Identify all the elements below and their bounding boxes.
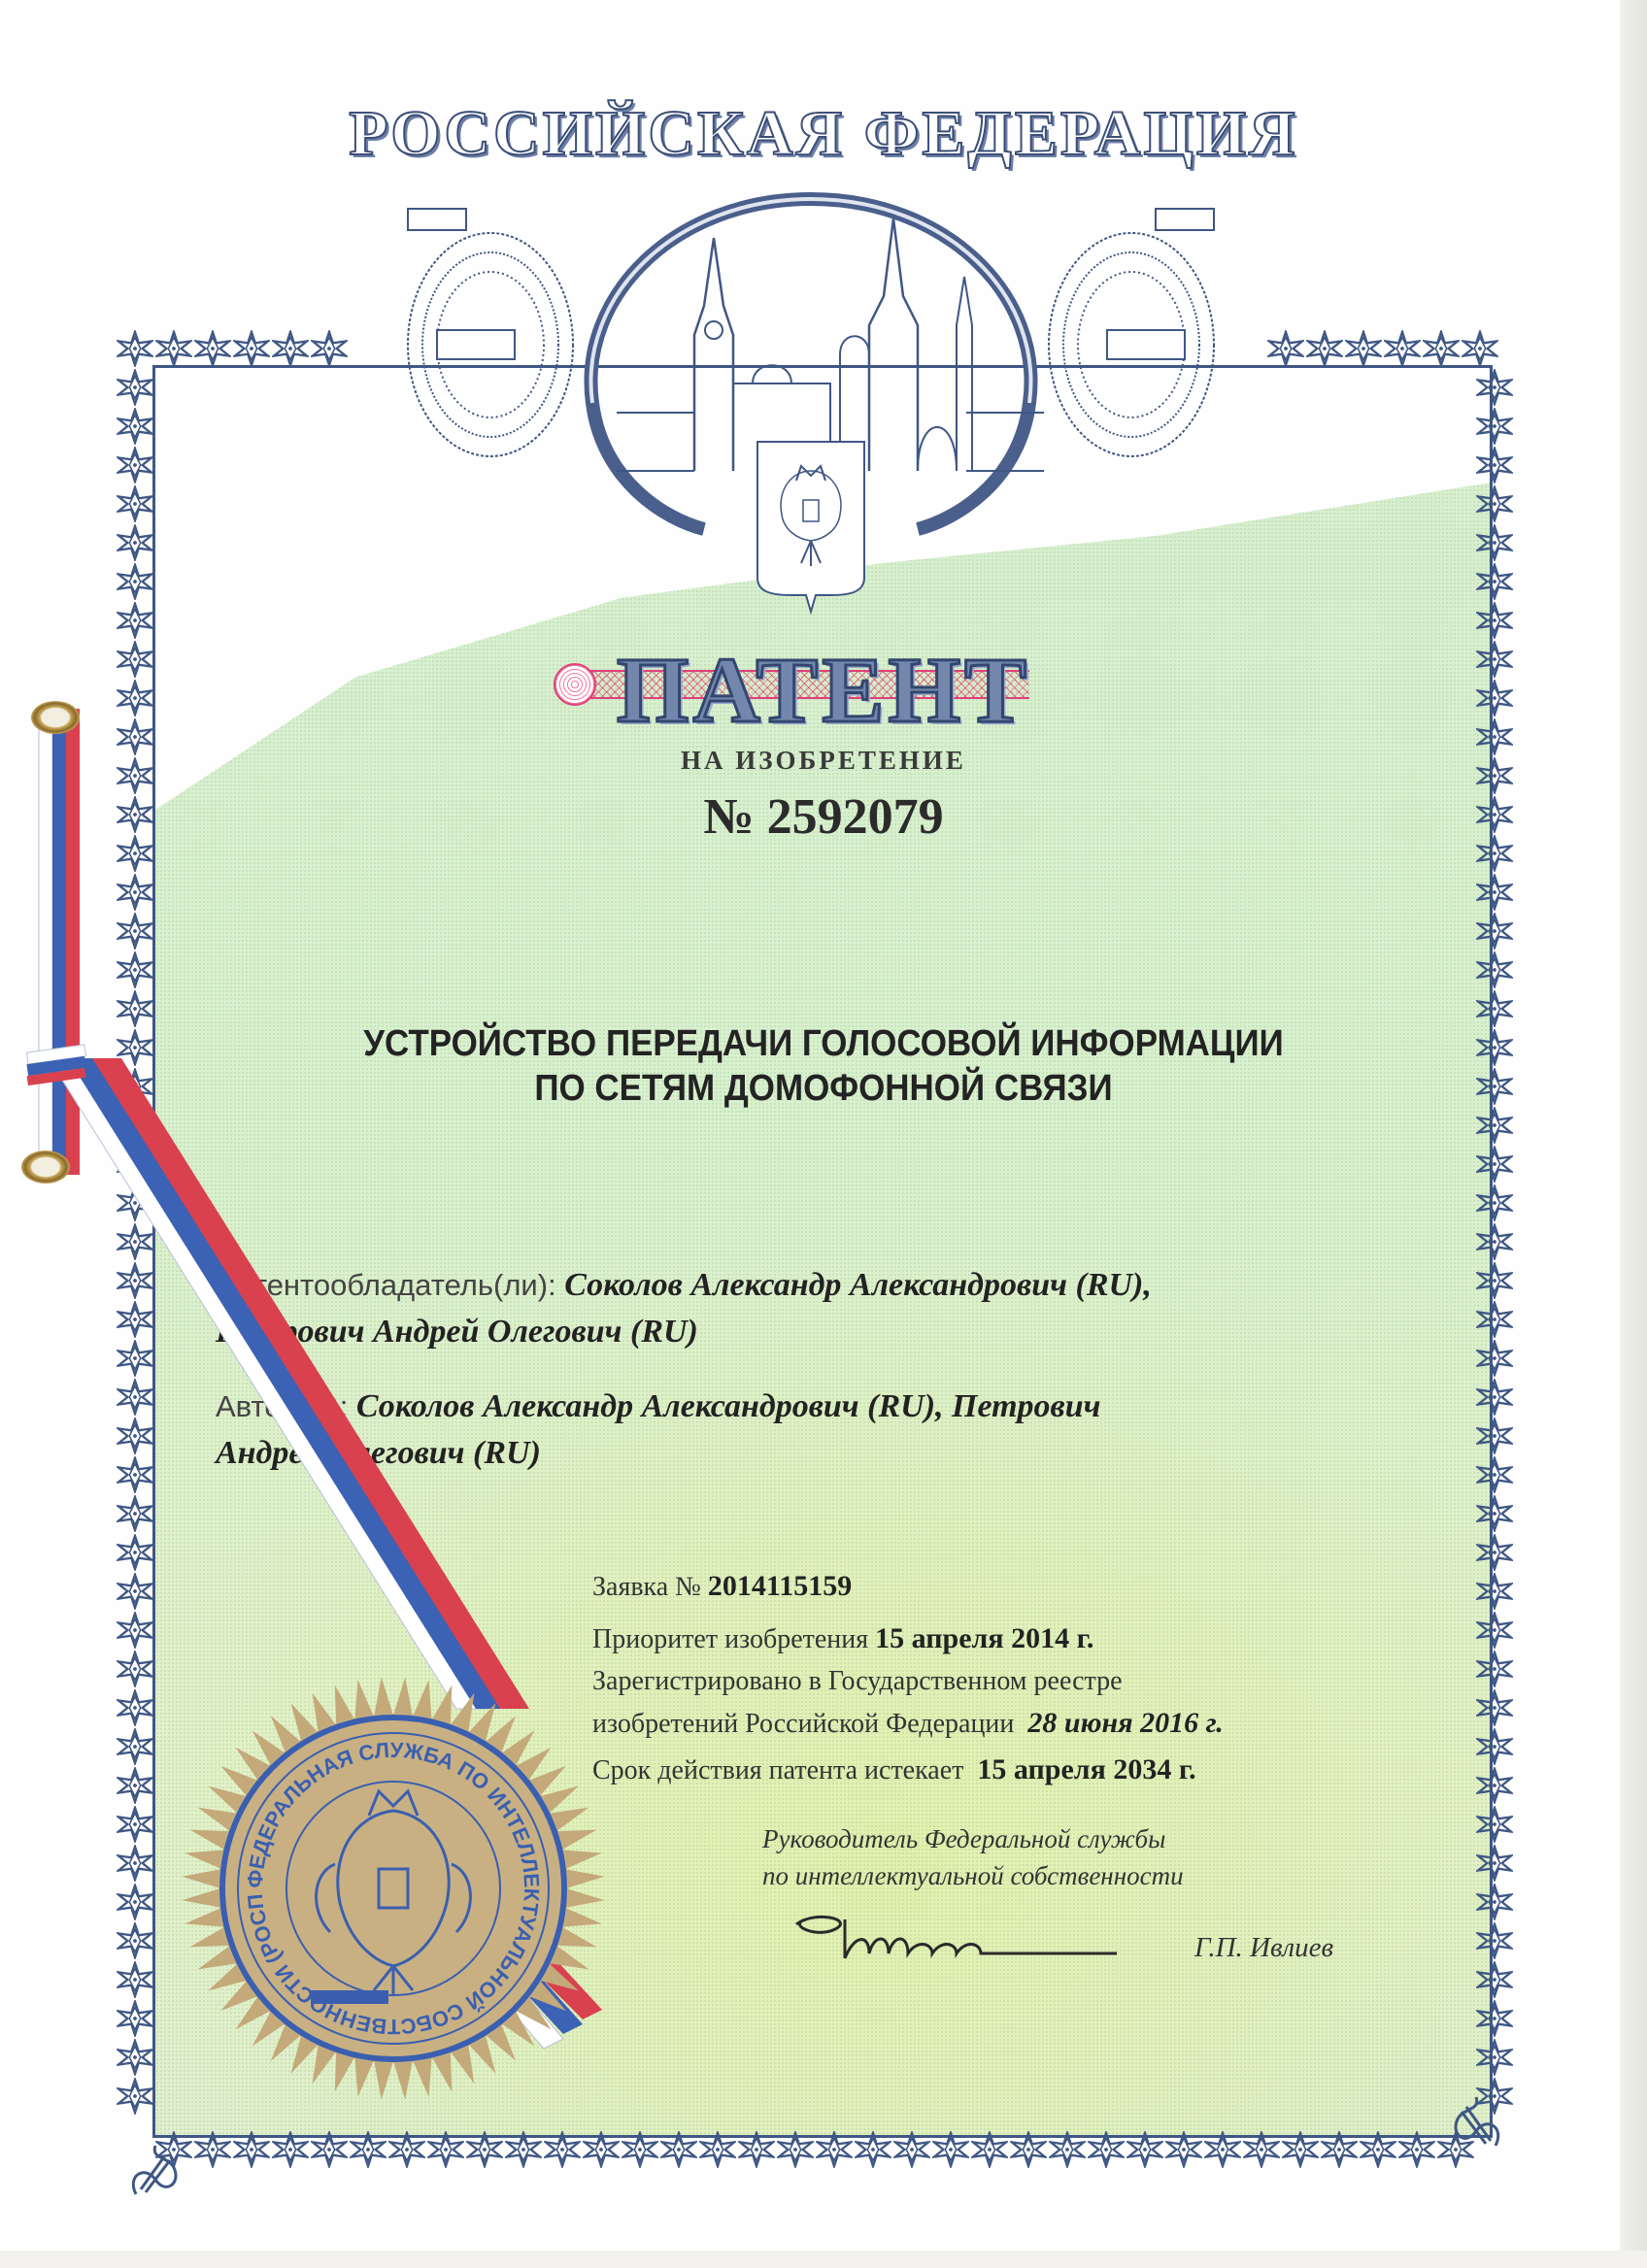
star-ornament-icon xyxy=(1088,2131,1125,2168)
star-ornament-icon xyxy=(1243,2131,1280,2168)
star-ornament-icon xyxy=(1476,1845,1513,1882)
star-ornament-icon xyxy=(1345,330,1382,367)
star-ornament-icon xyxy=(388,2131,425,2168)
priority-row: Приоритет изобретения 15 апреля 2014 г. xyxy=(592,1618,1369,1660)
star-ornament-icon xyxy=(1321,2131,1358,2168)
star-ornament-icon xyxy=(1462,330,1498,367)
star-ornament-icon xyxy=(155,330,192,367)
star-ornament-icon xyxy=(1476,1689,1513,1726)
star-ornament-icon xyxy=(1010,2131,1047,2168)
star-ornament-icon xyxy=(971,2131,1008,2168)
corner-flourish-icon xyxy=(1447,2087,1505,2155)
star-ornament-icon xyxy=(194,330,231,367)
star-ornament-icon xyxy=(1476,369,1513,406)
star-ornament-icon xyxy=(1360,2131,1396,2168)
star-ornament-icon xyxy=(1476,1612,1513,1649)
star-ornament-icon xyxy=(427,2131,464,2168)
expiry-row: Срок действия патента истекает 15 апреля… xyxy=(592,1749,1369,1791)
star-ornament-icon xyxy=(117,408,153,445)
star-ornament-icon xyxy=(816,2131,853,2168)
star-ornament-icon xyxy=(505,2131,542,2168)
registration-details: Заявка № 2014115159 Приоритет изобретени… xyxy=(592,1565,1369,1791)
star-ornament-icon xyxy=(1476,1495,1513,1532)
star-ornament-icon xyxy=(1126,2131,1163,2168)
star-ornament-icon xyxy=(1476,1262,1513,1299)
star-ornament-icon xyxy=(1476,1884,1513,1920)
star-ornament-icon xyxy=(1476,563,1513,600)
star-ornament-icon xyxy=(777,2131,814,2168)
star-ornament-icon xyxy=(1476,913,1513,950)
star-ornament-icon xyxy=(117,485,153,522)
star-ornament-icon xyxy=(1282,2131,1319,2168)
star-ornament-icon xyxy=(1476,1146,1513,1183)
star-ornament-icon xyxy=(1476,408,1513,445)
signatory-name: Г.П. Ивлиев xyxy=(1194,1932,1333,1964)
star-ornament-icon xyxy=(1476,447,1513,484)
star-ornament-icon xyxy=(1476,2000,1513,2037)
star-ornament-icon xyxy=(1165,2131,1202,2168)
application-row: Заявка № 2014115159 xyxy=(592,1565,1369,1608)
star-ornament-icon xyxy=(1476,951,1513,988)
star-ornament-icon xyxy=(1476,1961,1513,1998)
star-ornament-icon xyxy=(1476,1301,1513,1338)
star-ornament-icon xyxy=(117,330,153,367)
star-ornament-icon xyxy=(194,2131,231,2168)
grommet-icon xyxy=(21,1151,70,1184)
star-ornament-icon xyxy=(1476,1029,1513,1066)
star-ornament-icon xyxy=(1476,1068,1513,1105)
star-ornament-icon xyxy=(1476,1340,1513,1377)
star-ornament-icon xyxy=(1204,2131,1241,2168)
kremlin-emblem-icon xyxy=(384,180,1238,617)
star-ornament-icon xyxy=(1476,1728,1513,1765)
country-title: РОССИЙСКАЯ ФЕДЕРАЦИЯ xyxy=(0,97,1647,171)
star-ornament-icon xyxy=(1049,2131,1086,2168)
star-ornament-icon xyxy=(350,2131,387,2168)
star-ornament-icon xyxy=(1476,1223,1513,1260)
star-ornament-icon xyxy=(117,447,153,484)
star-ornament-icon xyxy=(893,2131,930,2168)
registered-date: 28 июня 2016 г. xyxy=(1027,1707,1223,1739)
star-ornament-icon xyxy=(1476,1922,1513,1959)
star-ornament-icon xyxy=(622,2131,658,2168)
star-ornament-icon xyxy=(583,2131,620,2168)
star-ornament-icon xyxy=(117,563,153,600)
star-ornament-icon xyxy=(117,369,153,406)
page-bottom-edge xyxy=(0,2251,1647,2268)
star-ornament-icon xyxy=(1476,874,1513,911)
star-ornament-icon xyxy=(1476,990,1513,1027)
signature-icon xyxy=(777,1905,1146,1973)
star-ornament-icon xyxy=(1384,330,1421,367)
star-ornament-icon xyxy=(272,330,309,367)
star-ornament-icon xyxy=(1476,1767,1513,1804)
star-ornament-icon xyxy=(1476,1651,1513,1687)
registered-row: изобретений Российской Федерации 28 июня… xyxy=(592,1702,1369,1745)
star-ornament-icon xyxy=(1476,1379,1513,1416)
star-ornament-icon xyxy=(1476,524,1513,561)
star-ornament-icon xyxy=(233,2131,270,2168)
star-ornament-icon xyxy=(1476,1806,1513,1843)
star-ornament-icon xyxy=(1306,330,1343,367)
star-ornament-icon xyxy=(544,2131,581,2168)
star-ornament-icon xyxy=(311,330,348,367)
star-ornament-icon xyxy=(1476,2039,1513,2076)
star-ornament-icon xyxy=(660,2131,697,2168)
corner-flourish-icon xyxy=(126,2136,185,2204)
rospatent-seal-icon: ФЕДЕРАЛЬНАЯ СЛУЖБА ПО ИНТЕЛЛЕКТУАЛЬНОЙ С… xyxy=(175,1670,612,2107)
patent-certificate: РОССИЙСКАЯ ФЕДЕРАЦИЯ xyxy=(0,0,1647,2268)
registered-label-line: Зарегистрировано в Государственном реест… xyxy=(592,1660,1369,1702)
star-ornament-icon xyxy=(1476,1184,1513,1221)
star-ornament-icon xyxy=(1476,1534,1513,1571)
signatory-title: Руководитель Федеральной службы по интел… xyxy=(762,1820,1184,1894)
star-ornament-icon xyxy=(117,602,153,639)
star-ornament-icon xyxy=(1476,1456,1513,1493)
application-number: 2014115159 xyxy=(708,1570,852,1602)
star-ornament-icon xyxy=(466,2131,503,2168)
expiry-date: 15 апреля 2034 г. xyxy=(977,1753,1195,1785)
signatory-title-line: Руководитель Федеральной службы xyxy=(762,1820,1184,1857)
priority-date: 15 апреля 2014 г. xyxy=(875,1622,1093,1654)
star-ornament-icon xyxy=(699,2131,736,2168)
star-ornament-icon xyxy=(117,524,153,561)
star-ornament-icon xyxy=(233,330,270,367)
page-edge-shadow xyxy=(1620,0,1647,2268)
star-ornament-icon xyxy=(855,2131,891,2168)
grommet-icon xyxy=(31,701,80,734)
star-ornament-icon xyxy=(1398,2131,1435,2168)
star-ornament-icon xyxy=(738,2131,775,2168)
star-ornament-icon xyxy=(272,2131,309,2168)
star-ornament-icon xyxy=(1476,1573,1513,1610)
star-ornament-icon xyxy=(1476,1107,1513,1144)
star-ornament-icon xyxy=(1476,602,1513,639)
signatory-title-line: по интеллектуальной собственности xyxy=(762,1857,1184,1894)
star-ornament-icon xyxy=(1423,330,1460,367)
star-ornament-icon xyxy=(311,2131,348,2168)
star-ornament-icon xyxy=(1476,485,1513,522)
star-ornament-icon xyxy=(1267,330,1304,367)
star-ornament-icon xyxy=(1476,1417,1513,1454)
star-ornament-icon xyxy=(932,2131,969,2168)
